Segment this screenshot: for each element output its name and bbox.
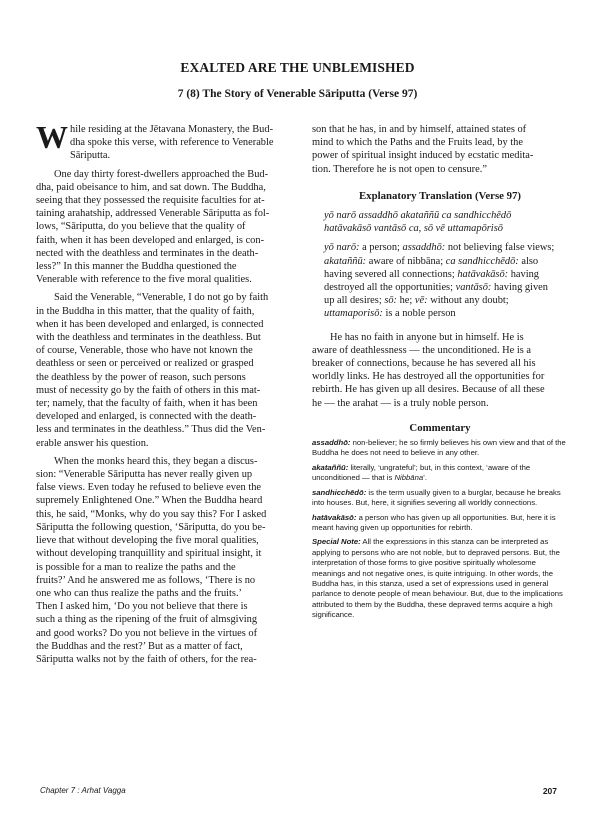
left-column: W hile residing at the Jētavana Monaster… [36,123,294,666]
text-line: lows, “Sāriputta, do you believe that th… [36,220,294,233]
commentary-text: non-believer; he so firmly believes his … [312,438,566,457]
text-line: When the monks heard this, they began a … [36,455,294,468]
gloss-term: assaddhō: [403,242,446,253]
right-column: son that he has, in and by himself, atta… [312,123,568,621]
text-line: Said the Venerable, “Venerable, I do not… [36,291,294,304]
gloss-term: vantāsō: [456,282,492,293]
text-line: son that he has, in and by himself, atta… [312,123,568,136]
gloss-term: sō: [384,295,397,306]
book-page: EXALTED ARE THE UNBLEMISHED 7 (8) The St… [0,0,595,829]
special-note: Special Note: All the expressions in thi… [312,537,568,620]
gloss-text: without any doubt; [428,295,509,306]
explanatory-translation-heading: Explanatory Translation (Verse 97) [312,190,568,203]
gloss-text: aware of nibbāna; [366,256,446,267]
text-line: one who can thus realize the paths and t… [36,587,294,600]
text-line: mind to which the Paths and the Fruits l… [312,136,568,149]
text-line: false views. Even today he refused to be… [36,481,294,494]
drop-cap: W [36,124,68,150]
text-line: such a thing as the ripening of the frui… [36,613,294,626]
text-line: deathless or seen or perceived or realiz… [36,357,294,370]
commentary-text: ’. [423,473,427,482]
commentary-term: assaddhō: [312,438,350,447]
text-line: is possible for a man to realize the pat… [36,561,294,574]
text-line: less and terminates in the deathless.” T… [36,423,294,436]
text-line: worldly links. He has destroyed all the … [312,370,568,383]
text-line: with the deathless and terminates in the… [36,331,294,344]
commentary-term: Special Note: [312,537,361,546]
text-line: fruits?’ And he answered me as follows, … [36,574,294,587]
text-line: faith, when it has been developed and en… [36,234,294,247]
gloss-term: uttamaporisō: [324,308,383,319]
commentary-term: akataññū: [312,463,348,472]
commentary-entry: akataññū: literally, ‘ungrateful’; but, … [312,463,568,484]
gloss-text: he; [397,295,415,306]
text-line: nected with the deathless and terminates… [36,247,294,260]
text-line: Then I asked him, ‘Do you not believe th… [36,600,294,613]
gloss-text: is a noble person [383,308,456,319]
commentary-heading: Commentary [312,422,568,435]
text-line: this, he said, “Monks, why do you say th… [36,508,294,521]
commentary-list: assaddhō: non-believer; he so firmly bel… [312,438,568,621]
text-line: sion: “Venerable Sāriputta has never rea… [36,468,294,481]
text-line: without developing tranquillity and spir… [36,547,294,560]
text-line: and good works? Do you not believe in th… [36,627,294,640]
story-subtitle: 7 (8) The Story of Venerable Sāriputta (… [0,88,595,100]
gloss-term: yō narō: [324,242,360,253]
text-line: less?” In this manner the Buddha questio… [36,260,294,273]
text-line: Sāriputta the following question, ‘Sārip… [36,521,294,534]
text-line: of course, Venerable, those who have not… [36,344,294,357]
verse-line: hatāvakāsō vantāsō ca, sō vē uttamapōris… [324,222,568,235]
paragraph-opening: W hile residing at the Jētavana Monaster… [36,123,294,163]
text-line: the Buddhas and the rest?’ But as a matt… [36,640,294,653]
verse-line: yō narō assaddhō akataññū ca sandhicchēd… [324,209,568,222]
commentary-entry: assaddhō: non-believer; he so firmly bel… [312,438,568,459]
commentary-term: hatāvakāsō: [312,513,356,522]
gloss-term: akataññū: [324,256,366,267]
text-line: the deathless by the power of reason, su… [36,371,294,384]
commentary-emphasis: Nibbāna [394,473,423,482]
text-line: Sāriputta walks not by the faith of othe… [36,653,294,666]
commentary-entry: hatāvakāsō: a person who has given up al… [312,513,568,534]
text-line: in the Buddha in this matter, that the q… [36,305,294,318]
text-line: ter; namely, that the faculty of faith, … [36,397,294,410]
page-title: EXALTED ARE THE UNBLEMISHED [0,60,595,76]
text-line: when it has been developed and enlarged,… [36,318,294,331]
text-line: dha, paid obeisance to him, and sat down… [36,181,294,194]
text-line: erable answer his question. [36,437,294,450]
commentary-entry: sandhicchēdō: is the term usually given … [312,488,568,509]
text-line: supremely Enlightened One.” When the Bud… [36,494,294,507]
text-line: Venerable with reference to the five mor… [36,273,294,286]
text-line: One day thirty forest-dwellers approache… [36,168,294,181]
paragraph-thirty-forest-dwellers: One day thirty forest-dwellers approache… [36,168,294,287]
text-line: dha spoke this verse, with reference to … [36,136,294,149]
text-line: rebirth. He has given up all desires. Be… [312,383,568,396]
word-glossary: yō narō: a person; assaddhō: not believi… [312,241,560,320]
gloss-text: not believing false views; [445,242,554,253]
text-line: developed and enlarged, is connected wit… [36,410,294,423]
pali-verse: yō narō assaddhō akataññū ca sandhicchēd… [312,209,568,235]
paragraph-monks-discussion: When the monks heard this, they began a … [36,455,294,666]
text-line: taining arahatship, addressed Venerable … [36,207,294,220]
text-line: Sāriputta. [36,149,294,162]
text-line: breaker of connections, because he has s… [312,357,568,370]
paragraph-explanation: He has no faith in anyone but in himself… [312,331,568,410]
gloss-text: a person; [360,242,403,253]
text-line: must of necessity go by the faith of oth… [36,384,294,397]
commentary-term: sandhicchēdō: [312,488,366,497]
gloss-term: ca sandhicchēdō: [446,256,519,267]
text-line: seeing that they possessed the requisite… [36,194,294,207]
chapter-footer: Chapter 7 : Arhat Vagga [40,786,126,795]
text-line: aware of deathlessness — the uncondition… [312,344,568,357]
commentary-text: All the expressions in this stanza can b… [312,537,563,619]
page-number: 207 [543,786,557,796]
text-line: He has no faith in anyone but in himself… [312,331,568,344]
gloss-term: hatāvakāsō: [457,269,508,280]
text-line: lieve that without developing the five m… [36,534,294,547]
gloss-term: vē: [415,295,428,306]
paragraph-continuation: son that he has, in and by himself, atta… [312,123,568,176]
text-line: power of spiritual insight induced by ec… [312,149,568,162]
text-line: hile residing at the Jētavana Monastery,… [36,123,294,136]
paragraph-venerable-reply: Said the Venerable, “Venerable, I do not… [36,291,294,449]
text-line: tion. Therefore he is not open to censur… [312,163,568,176]
text-line: he — the arahat — is a truly noble perso… [312,397,568,410]
